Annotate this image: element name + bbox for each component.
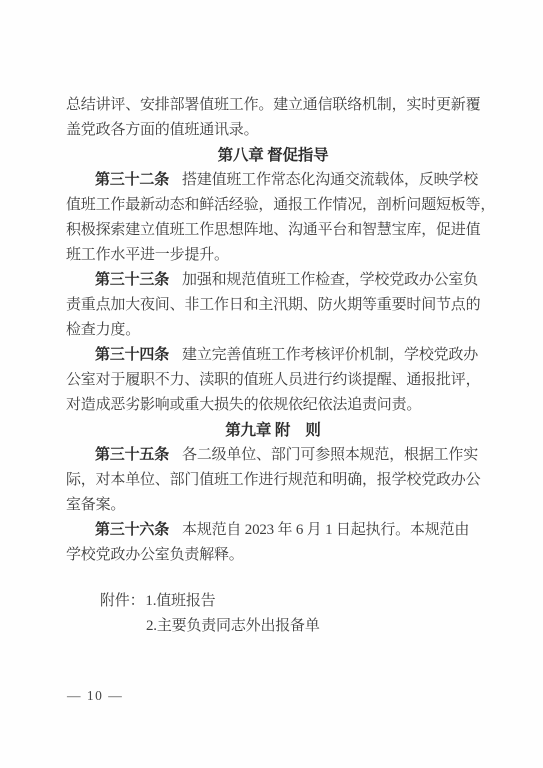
article-36-line: 第三十六条本规范自 2023 年 6 月 1 日起执行。本规范由 <box>66 518 480 543</box>
article-32-number: 第三十二条 <box>95 172 169 188</box>
text-line: 室备案。 <box>66 493 480 518</box>
article-35-number: 第三十五条 <box>95 447 169 463</box>
attachment-label: 附件： <box>100 593 144 609</box>
article-34-number: 第三十四条 <box>95 347 169 363</box>
text-line: 值班工作最新动态和鲜活经验，通报工作情况，剖析问题短板等， <box>66 193 480 218</box>
article-33-line: 第三十三条加强和规范值班工作检查，学校党政办公室负 <box>66 268 480 293</box>
text-line: 盖党政各方面的值班通讯录。 <box>66 118 480 143</box>
chapter-heading-9: 第九章 附 则 <box>66 418 480 443</box>
article-33-number: 第三十三条 <box>95 272 169 288</box>
text-line: 责重点加大夜间、非工作日和主汛期、防火期等重要时间节点的 <box>66 293 480 318</box>
document-body: 总结讲评、安排部署值班工作。建立通信联络机制，实时更新覆 盖党政各方面的值班通讯… <box>66 93 480 639</box>
text-line: 总结讲评、安排部署值班工作。建立通信联络机制，实时更新覆 <box>66 93 480 118</box>
article-32-text: 搭建值班工作常态化沟通交流载体，反映学校 <box>182 172 478 188</box>
document-page: 总结讲评、安排部署值班工作。建立通信联络机制，实时更新覆 盖党政各方面的值班通讯… <box>0 0 543 768</box>
text-line: 际，对本单位、部门值班工作进行规范和明确，报学校党政办公 <box>66 468 480 493</box>
attachment-block: 附件：1.值班报告 2.主要负责同志外出报备单 <box>66 589 480 639</box>
text-line: 学校党政办公室负责解释。 <box>66 543 480 568</box>
article-35-line: 第三十五条各二级单位、部门可参照本规范，根据工作实 <box>66 443 480 468</box>
text-line: 积极探索建立值班工作思想阵地、沟通平台和智慧宝库，促进值 <box>66 218 480 243</box>
article-34-text: 建立完善值班工作考核评价机制，学校党政办 <box>182 347 478 363</box>
text-line: 公室对于履职不力、渎职的值班人员进行约谈提醒、通报批评， <box>66 368 480 393</box>
attachment-item-1: 1.值班报告 <box>145 593 215 609</box>
article-34-line: 第三十四条建立完善值班工作考核评价机制，学校党政办 <box>66 343 480 368</box>
article-35-text: 各二级单位、部门可参照本规范，根据工作实 <box>182 447 478 463</box>
article-36-number: 第三十六条 <box>95 522 169 538</box>
text-line: 班工作水平进一步提升。 <box>66 243 480 268</box>
text-line: 对造成恶劣影响或重大损失的依规依纪依法追责问责。 <box>66 393 480 418</box>
page-number: — 10 — <box>67 688 123 704</box>
attachment-line-1: 附件：1.值班报告 <box>66 589 480 614</box>
article-36-text: 本规范自 2023 年 6 月 1 日起执行。本规范由 <box>182 522 469 538</box>
chapter-heading-8: 第八章 督促指导 <box>66 143 480 168</box>
text-line: 检查力度。 <box>66 318 480 343</box>
attachment-item-2: 2.主要负责同志外出报备单 <box>66 614 480 639</box>
article-32-line: 第三十二条搭建值班工作常态化沟通交流载体，反映学校 <box>66 168 480 193</box>
article-33-text: 加强和规范值班工作检查，学校党政办公室负 <box>182 272 478 288</box>
